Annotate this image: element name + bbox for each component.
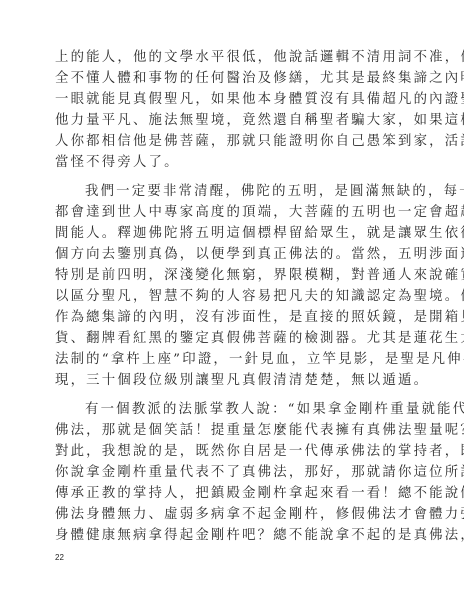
text-line: 作為總集諦的內明，沒有涉面性，是直接的照妖鏡，是開箱見底 bbox=[55, 307, 407, 328]
text-line: 個方向去鑒別真偽，以便學到真正佛法的。當然，五明涉面過廣， bbox=[55, 244, 407, 265]
paragraph-gap bbox=[55, 391, 407, 399]
text-line: 當怪不得旁人了。 bbox=[55, 152, 407, 173]
paragraph-2: 我們一定要非常清醒，佛陀的五明，是圓滿無缺的，每一項 都會達到世人中專家高度的頂… bbox=[55, 181, 407, 391]
text-line: 他力量平凡、施法無聖境，竟然還自稱聖者騙大家，如果這樣的 bbox=[55, 110, 407, 131]
text-line: 佛法，那就是個笑話！提重量怎麼能代表擁有真佛法聖量呢？” bbox=[55, 420, 407, 441]
paragraph-3: 有一個教派的法脈掌教人說：“如果拿金剛杵重量就能代表 佛法，那就是個笑話！提重量… bbox=[55, 399, 407, 546]
text-line: 傳承正教的掌持人，把鎮殿金剛杵拿起來看一看！總不能說修真 bbox=[55, 483, 407, 504]
text-line: 都會達到世人中專家高度的頂端，大菩薩的五明也一定會超越世 bbox=[55, 202, 407, 223]
text-line: 法制的“拿杵上座”印證，一針見血，立竿見影，是聖是凡伸手 bbox=[55, 349, 407, 370]
text-line: 人你都相信他是佛菩薩，那就只能證明你自己愚笨到家，活該上 bbox=[55, 131, 407, 152]
text-line: 上的能人，他的文學水平很低，他說話邏輯不清用詞不准，他完 bbox=[55, 47, 407, 68]
text-line: 一眼就能見真假聖凡，如果他本身體質沒有具備超凡的內證聖量， bbox=[55, 89, 407, 110]
text-line: 貨、翻牌看紅黑的鑒定真假佛菩薩的檢測器。尤其是蓮花生大師 bbox=[55, 328, 407, 349]
text-line: 全不懂人體和事物的任何醫治及修繕，尤其是最終集諦之內明， bbox=[55, 68, 407, 89]
paragraph-gap bbox=[55, 173, 407, 181]
text-line: 有一個教派的法脈掌教人說：“如果拿金剛杵重量就能代表 bbox=[55, 399, 407, 420]
document-page: 上的能人，他的文學水平很低，他說話邏輯不清用詞不准，他完 全不懂人體和事物的任何… bbox=[0, 0, 464, 600]
page-number: 22 bbox=[55, 553, 64, 562]
text-line: 以區分聖凡，智慧不夠的人容易把凡夫的知識認定為聖境。但是 bbox=[55, 286, 407, 307]
text-line: 我們一定要非常清醒，佛陀的五明，是圓滿無缺的，每一項 bbox=[55, 181, 407, 202]
paragraph-1: 上的能人，他的文學水平很低，他說話邏輯不清用詞不准，他完 全不懂人體和事物的任何… bbox=[55, 47, 407, 173]
text-line: 間能人。釋迦佛陀將五明這個標桿留給眾生，就是讓眾生依循這 bbox=[55, 223, 407, 244]
text-line: 你說拿金剛杵重量代表不了真佛法，那好，那就請你這位所謂的 bbox=[55, 462, 407, 483]
text-line: 身體健康無病拿得起金剛杵吧？總不能說拿不起的是真佛法，拿 bbox=[55, 525, 407, 546]
text-line: 對此，我想說的是，既然你自居是一代傳承佛法的掌持者，既然 bbox=[55, 441, 407, 462]
body-text: 上的能人，他的文學水平很低，他說話邏輯不清用詞不准，他完 全不懂人體和事物的任何… bbox=[55, 47, 407, 546]
text-line: 特別是前四明，深淺變化無窮，界限模糊，對普通人來說確實難 bbox=[55, 265, 407, 286]
text-line: 現，三十個段位級別讓聖凡真假清清楚楚，無以遁遁。 bbox=[55, 370, 407, 391]
text-line: 佛法身體無力、虛弱多病拿不起金剛杵，修假佛法才會體力強壯、 bbox=[55, 504, 407, 525]
